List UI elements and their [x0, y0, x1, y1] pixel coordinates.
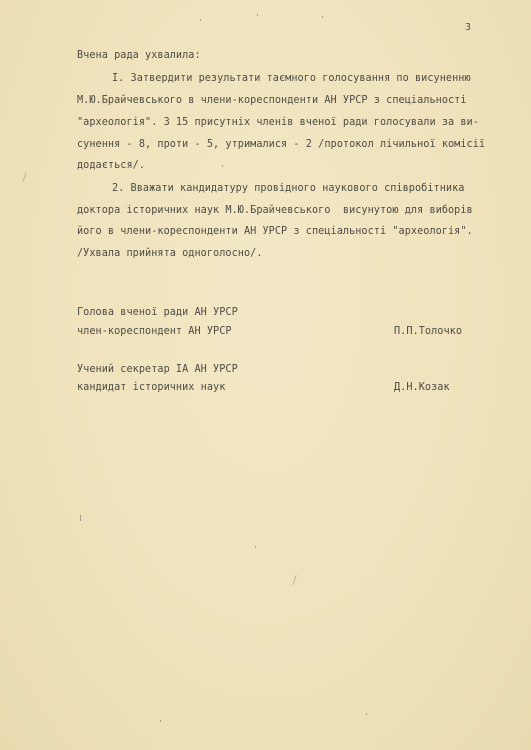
paper-speck	[80, 515, 81, 521]
document-page: 3 Вчена рада ухвалила: I. Затвердити рез…	[0, 0, 531, 750]
paper-speck	[255, 546, 256, 548]
signature-title: кандидат історичних наук	[77, 382, 225, 393]
signature-name: П.П.Толочко	[394, 326, 462, 337]
paper-mark	[292, 575, 296, 585]
paper-speck	[322, 16, 323, 18]
signature-title: член-кореспондент АН УРСР	[77, 326, 232, 337]
signature-title: Учений секретар ІА АН УРСР	[77, 364, 238, 375]
intro-text: Вчена рада ухвалила:	[77, 50, 201, 61]
item2-line: його в члени-кореспонденти АН УРСР з спе…	[77, 226, 473, 237]
paper-speck	[257, 14, 258, 16]
paper-mark	[22, 172, 26, 182]
signature-title: Голова вченої ради АН УРСР	[77, 307, 238, 318]
item1-line: "археологія". З 15 присутніх членів вчен…	[77, 117, 479, 128]
item2-line: 2. Вважати кандидатуру провідного науков…	[112, 183, 464, 194]
paper-speck	[366, 713, 367, 715]
item1-line: I. Затвердити результати таємного голосу…	[112, 73, 471, 84]
item2-line: /Ухвала прийнята одноголосно/.	[77, 248, 263, 259]
item1-line: додається/.	[77, 160, 145, 171]
paper-speck	[200, 19, 201, 21]
signature-name: Д.Н.Козак	[394, 382, 450, 393]
item2-line: доктора історичних наук М.Ю.Брайчевськог…	[77, 205, 473, 216]
paper-speck	[222, 165, 223, 167]
page-number: 3	[465, 22, 471, 33]
item1-line: сунення - 8, проти - 5, утрималися - 2 /…	[77, 139, 485, 150]
paper-speck	[160, 720, 161, 722]
item1-line: М.Ю.Брайчевського в члени-кореспонденти …	[77, 95, 467, 106]
